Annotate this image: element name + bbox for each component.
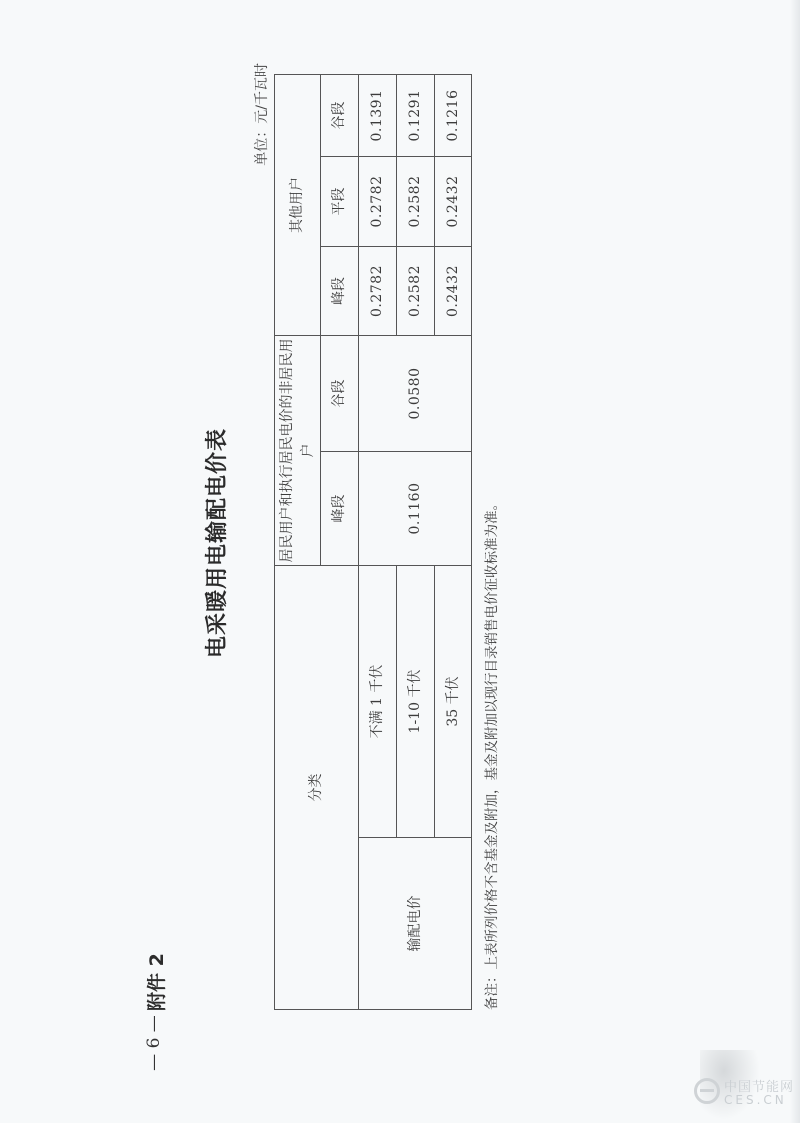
other-valley-row-3: 0.1216 (434, 74, 472, 157)
period-header-other-peak: 峰段 (320, 246, 359, 336)
unit-label: 单位：元/千瓦时 (251, 63, 271, 223)
other-peak-row-1: 0.2782 (358, 246, 397, 336)
group-header-residential: 居民用户和执行居民电价的非居民用户 (274, 335, 321, 566)
other-flat-row-1: 0.2782 (358, 156, 397, 247)
res-valley-value: 0.0580 (358, 335, 472, 452)
period-header-other-valley: 谷段 (320, 74, 359, 157)
other-flat-row-3: 0.2432 (434, 156, 472, 247)
other-valley-row-1: 0.1391 (358, 74, 397, 157)
other-valley-row-2: 0.1291 (396, 74, 435, 157)
page-title: 电采暖用电输配电价表 (200, 393, 232, 693)
page-number: — 6 — (144, 1003, 164, 1083)
group-header-other: 其他用户 (274, 74, 321, 336)
voltage-level-row-2: 1-10 千伏 (396, 565, 435, 838)
other-flat-row-2: 0.2582 (396, 156, 435, 247)
other-peak-row-3: 0.2432 (434, 246, 472, 336)
voltage-level-row-1: 不满 1 千伏 (358, 565, 397, 838)
watermark: 中国节能网 CES.CN (690, 1072, 800, 1112)
period-header-other-flat: 平段 (320, 156, 359, 247)
other-peak-row-2: 0.2582 (396, 246, 435, 336)
table-note: 备注：上表所列价格不含基金及附加，基金及附加以现行目录销售电价征收标准为准。 (480, 497, 500, 1010)
watermark-en: CES.CN (724, 1093, 787, 1107)
period-header-res-peak: 峰段 (320, 451, 359, 566)
price-table: 分类 居民用户和执行居民电价的非居民用户 峰段 谷段 其他用户 峰段 平段 谷段… (274, 74, 472, 1010)
category-name: 输配电价 (358, 837, 472, 1010)
category-header: 分类 (274, 565, 359, 1010)
voltage-level-row-3: 35 千伏 (434, 565, 472, 838)
res-peak-value: 0.1160 (358, 451, 472, 566)
period-header-res-valley: 谷段 (320, 335, 359, 452)
rotated-page: 附件 2 — 6 — 电采暖用电输配电价表 单位：元/千瓦时 分类 居民用户和执… (0, 0, 800, 1123)
watermark-logo-icon (694, 1078, 720, 1104)
